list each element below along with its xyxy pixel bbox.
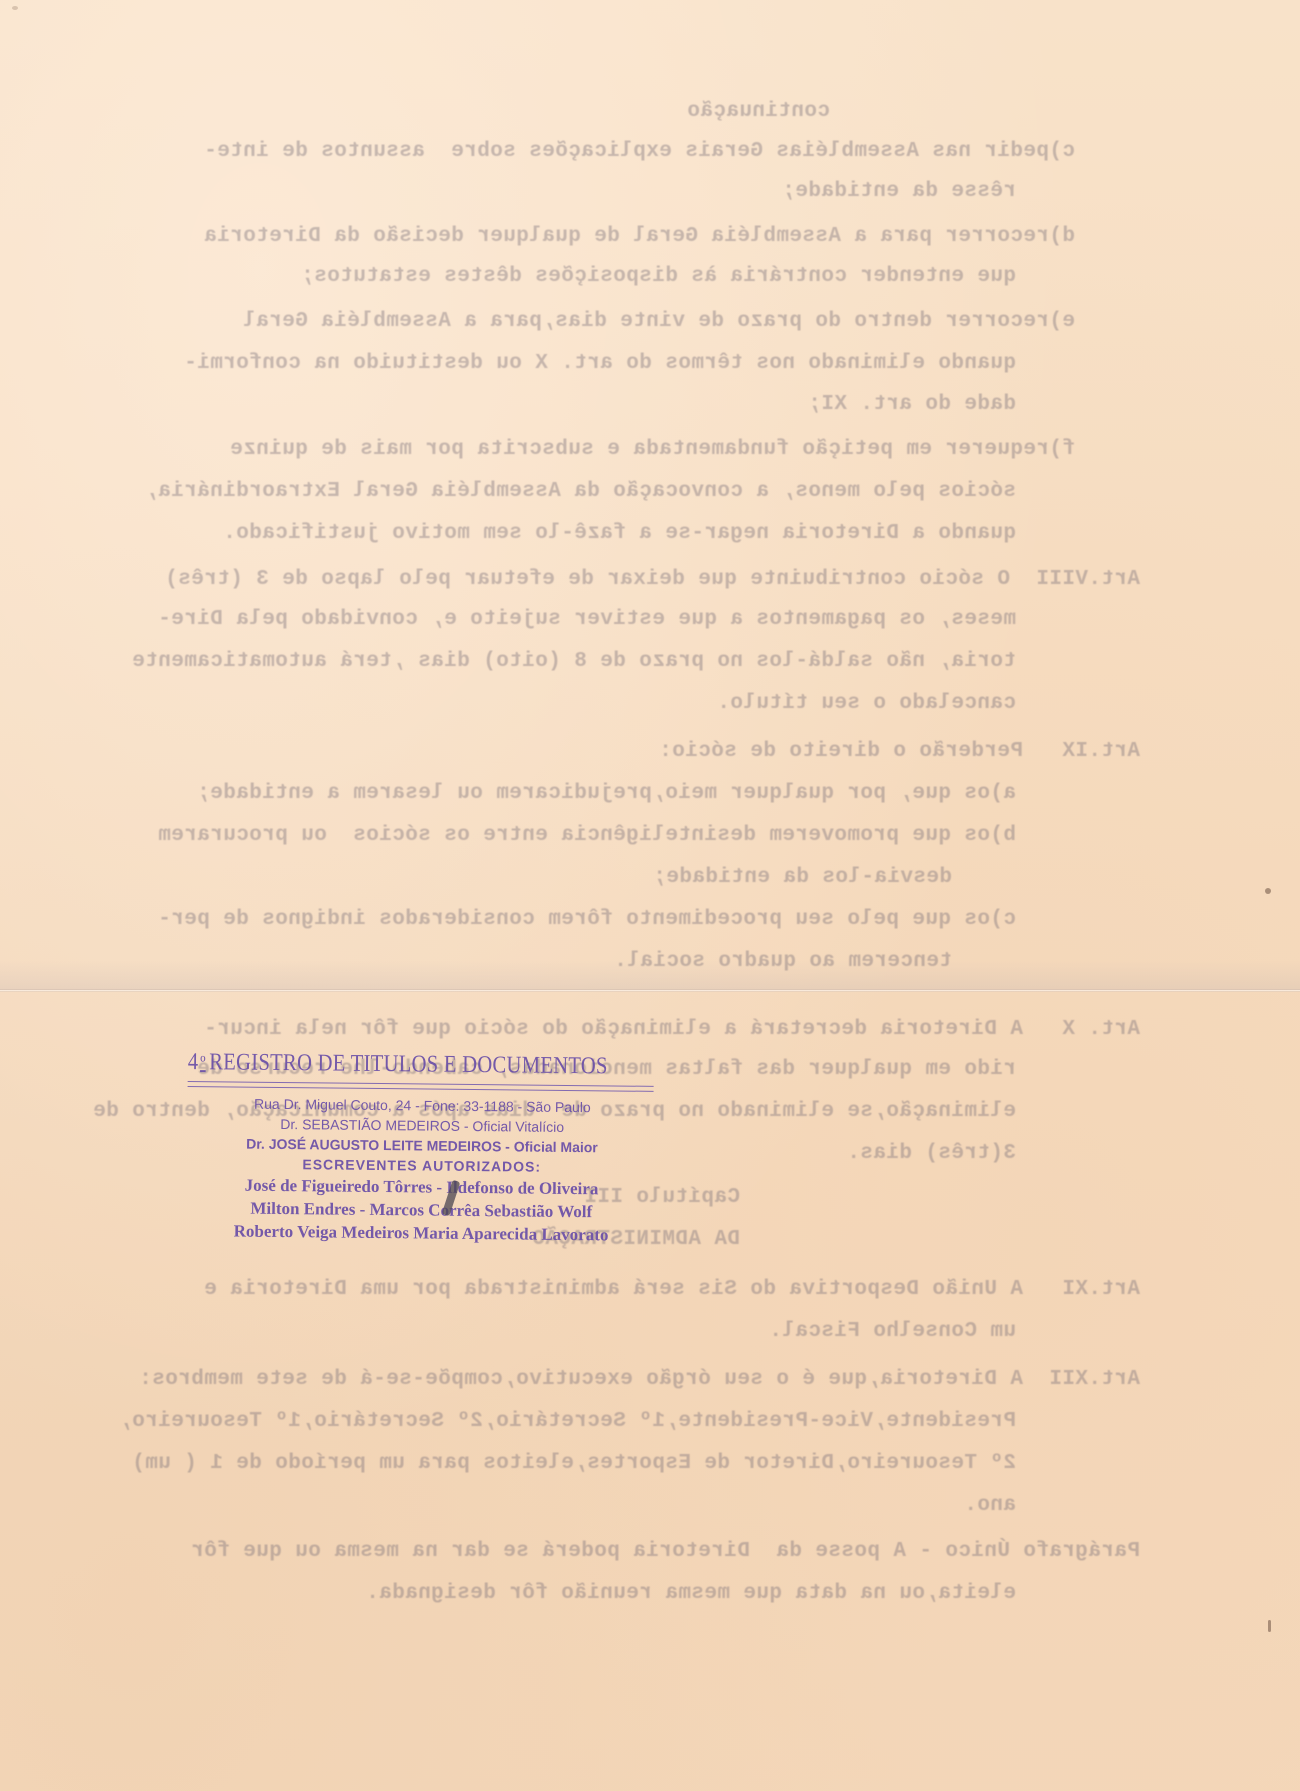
stamp-office-number: 4 (188, 1048, 199, 1076)
paper-speck (1268, 1620, 1271, 1632)
stamp-ordinal: º (200, 1049, 206, 1077)
stamp-title-row: 4 º REGISTRO DE TITULOS E DOCUMENTOS (188, 1048, 592, 1081)
bleed-through-line: e)recorrer dentro do prazo de vinte dias… (243, 310, 1075, 333)
bleed-through-line: tencerem ao quadro social. (614, 950, 1030, 973)
bleed-through-line: d)recorrer para a Assembléia Geral de qu… (204, 225, 1075, 248)
notary-stamp: 4 º REGISTRO DE TITULOS E DOCUMENTOS Rua… (186, 1048, 658, 1247)
bleed-through-line: quando eliminado nos têrmos do art. X ou… (184, 352, 1055, 375)
bleed-through-line: cancelado o seu título. (717, 692, 1055, 715)
bleed-through-line: rêsse da entidade; (782, 180, 1055, 203)
bleed-through-line: Art.VIII O sócio contribuinte que deixar… (165, 568, 1140, 591)
paper-speck (12, 6, 18, 10)
bleed-through-line: 2º Tesoureiro,Diretor de Esportes,eleito… (132, 1452, 1055, 1475)
bleed-through-line: Art. X A Diretoria decretará a eliminaçã… (204, 1018, 1140, 1041)
bleed-through-line: f)requerer em petição fundamentada e sub… (230, 438, 1075, 461)
bleed-through-line: meses, os pagamentos a que estiver sujei… (158, 608, 1055, 631)
paper-speck (1265, 888, 1271, 894)
bleed-through-line: ano. (964, 1494, 1055, 1517)
bleed-through-line: que entender contrária às disposições dê… (301, 265, 1055, 288)
bleed-through-line: sócios pelo menos, a convocação da Assem… (145, 480, 1055, 503)
bleed-through-line: Parágrafo Único - A posse da Diretoria p… (191, 1540, 1140, 1563)
bleed-through-line: 3(três) dias. (847, 1142, 1055, 1165)
bleed-through-line: desvia-los da entidade; (653, 866, 1030, 889)
stamp-title: REGISTRO DE TITULOS E DOCUMENTOS (209, 1048, 608, 1080)
bleed-through-line: eleita,ou na data que mesma reunião fôr … (366, 1582, 1055, 1605)
bleed-through-line: continuação (687, 100, 830, 123)
bleed-through-line: dade do art. XI; (808, 393, 1055, 416)
bleed-through-line: b)os que promoverem desinteligência entr… (158, 824, 1055, 847)
bleed-through-line: um Conselho Fiscal. (769, 1320, 1055, 1343)
bleed-through-line: Presidente,Vice-Presidente,1º Secretário… (119, 1410, 1055, 1433)
bleed-through-line: c)pedir nas Assembléias Gerais explicaçõ… (204, 140, 1075, 163)
bleed-through-line: toria, não saldá-los no prazo de 8 (oito… (132, 650, 1055, 673)
bleed-through-line: c)os que pelo seu procedimento fôrem con… (158, 908, 1055, 931)
bleed-through-line: quando a Diretoria negar-se a fazê-lo se… (223, 522, 1055, 545)
stamp-divider (188, 1081, 654, 1092)
bleed-through-line: a)os que, por qualquer meio,prejudicarem… (197, 782, 1055, 805)
stamp-clerks-line-3: Roberto Veiga Medeiros Maria Aparecida L… (186, 1219, 656, 1247)
bleed-through-line: Art.IX Perderão o direito de sócio: (659, 740, 1140, 763)
bleed-through-text: continuaçãoc)pedir nas Assembléias Gerai… (0, 0, 1300, 1791)
bleed-through-line: Art.XII A Diretoria,que é o seu órgão ex… (139, 1368, 1140, 1391)
bleed-through-line: Art.XI A União Desportiva do Sis será ad… (204, 1278, 1140, 1301)
